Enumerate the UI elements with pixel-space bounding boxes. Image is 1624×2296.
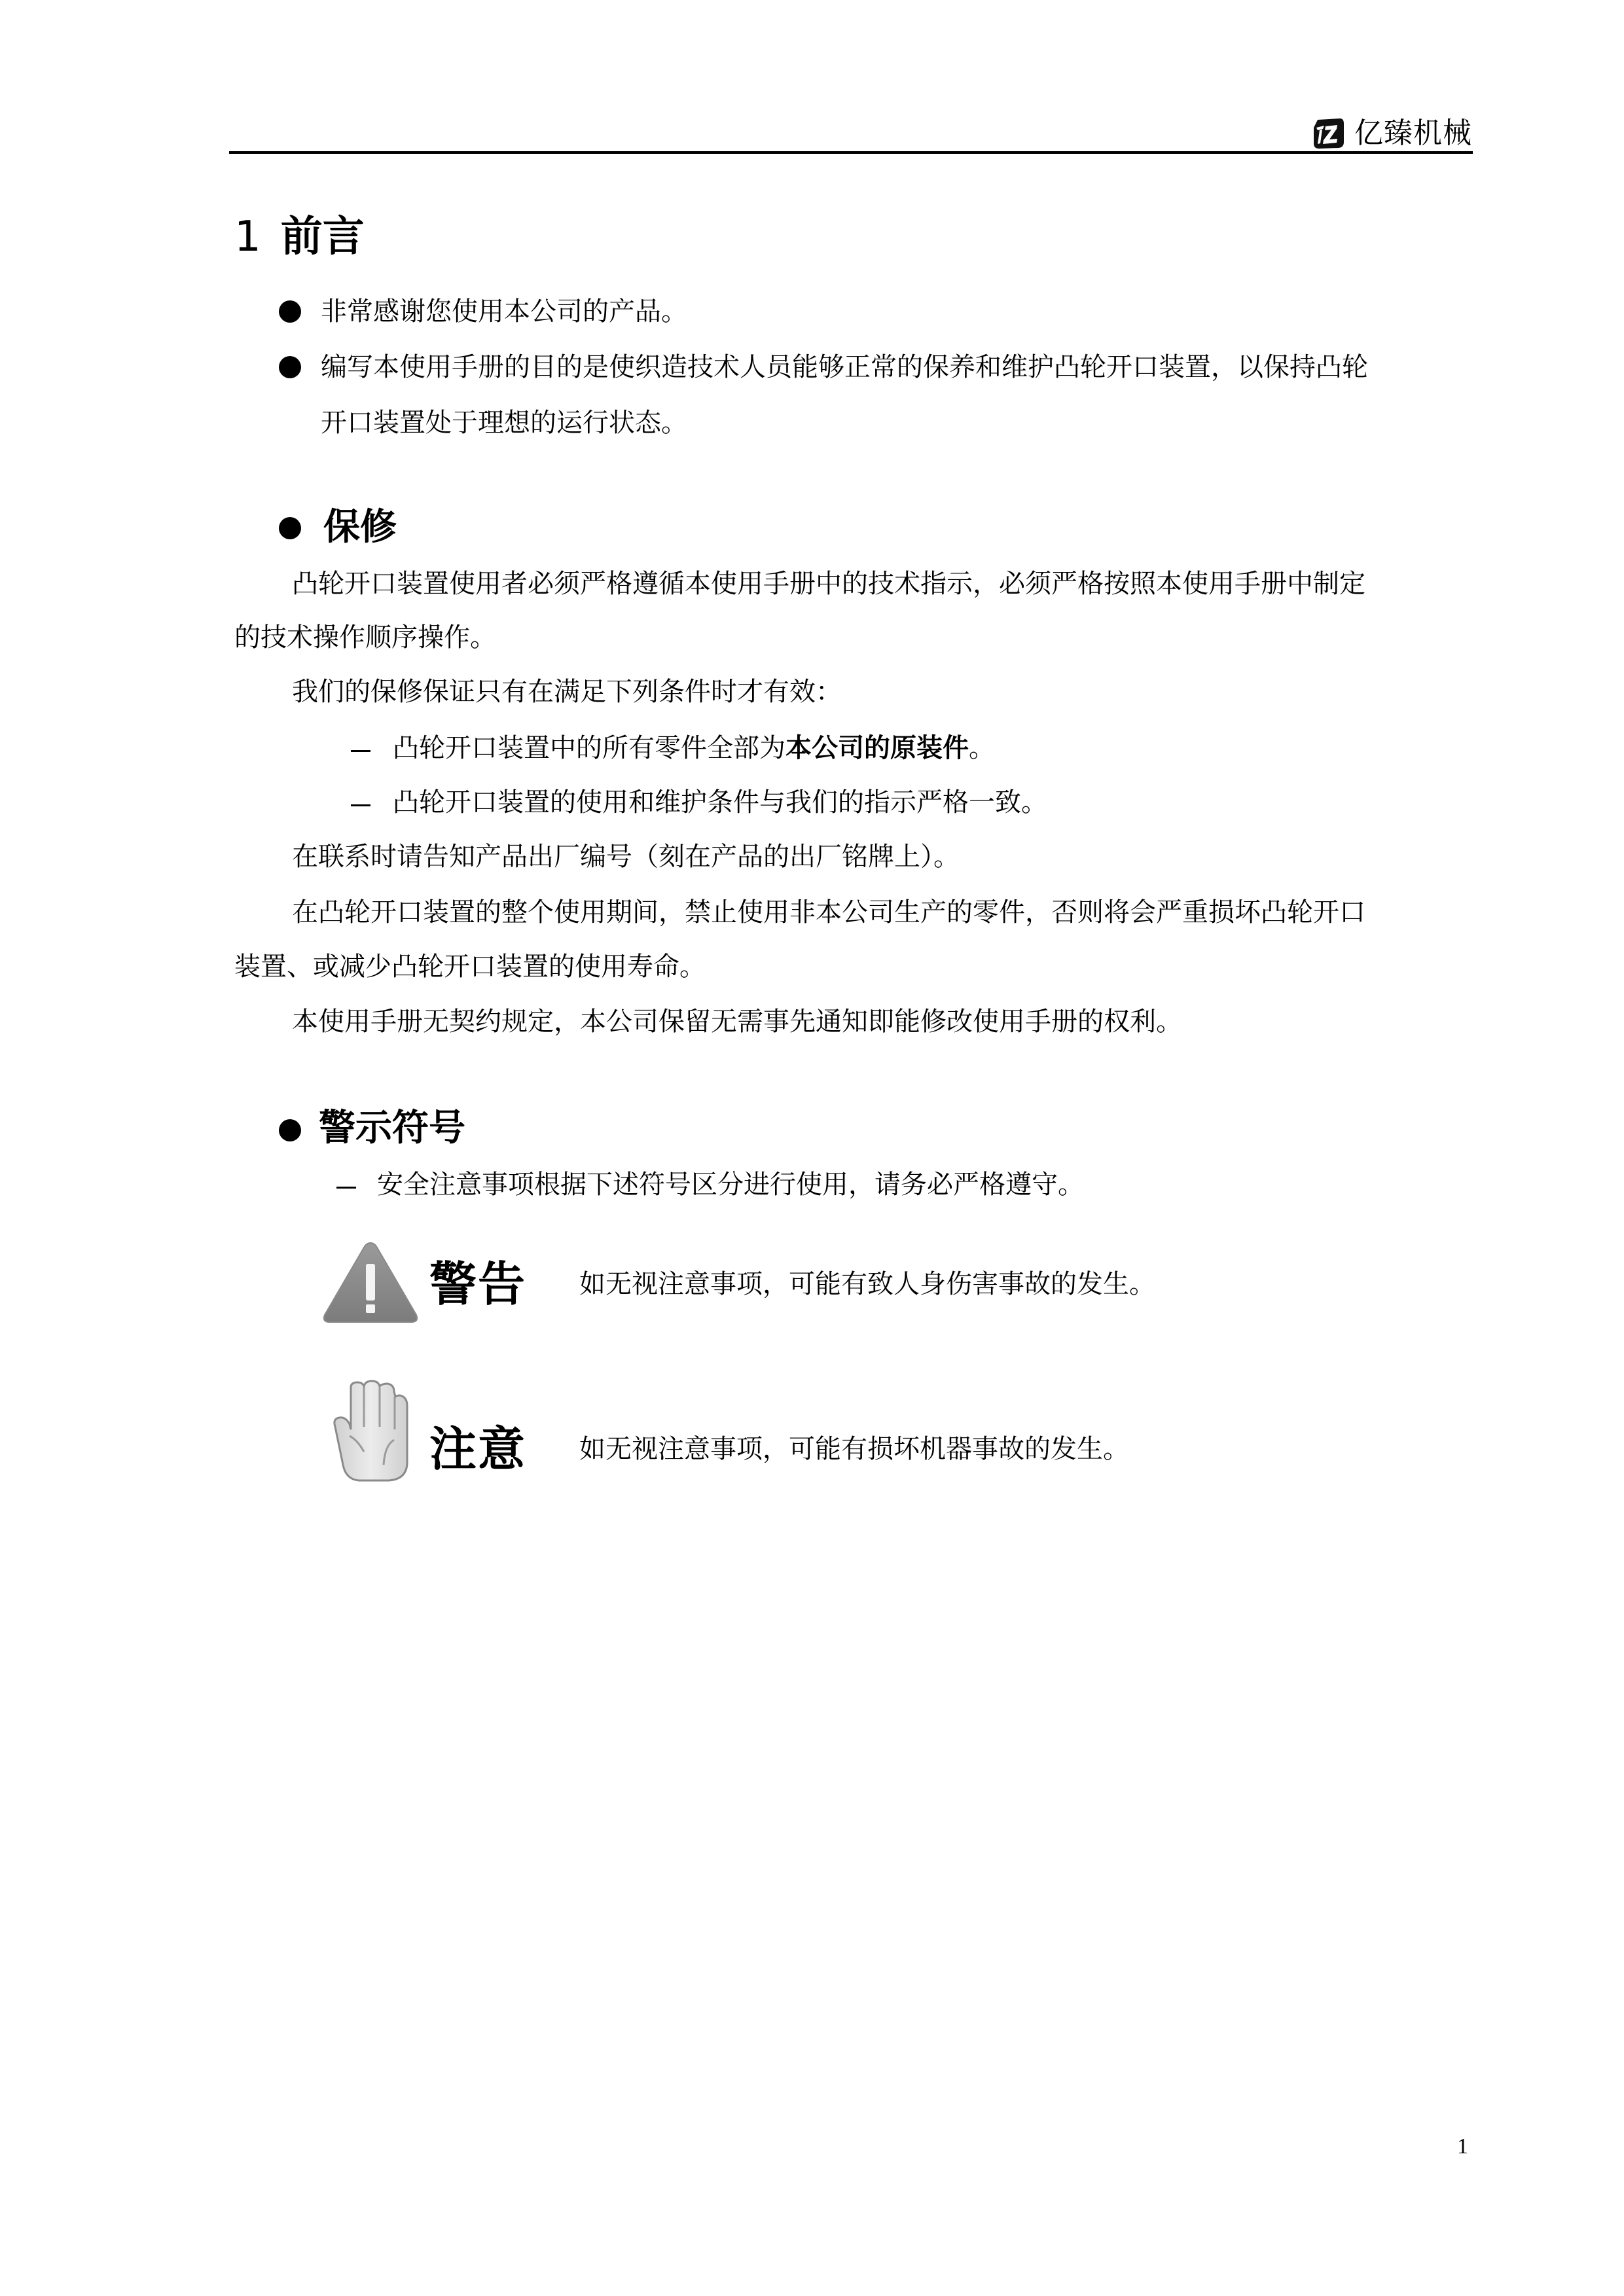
section-title-warranty: 保修: [323, 507, 397, 548]
intro-bullet-2: 编写本使用手册的目的是使织造技术人员能够正常的保养和维护凸轮开口装置，以保持凸轮: [321, 351, 1368, 383]
warranty-para-4-line-1: 在凸轮开口装置的整个使用期间，禁止使用非本公司生产的零件，否则将会严重损坏凸轮开…: [292, 897, 1365, 928]
section-bullet-icon: [279, 1119, 301, 1141]
dash-icon: [336, 1187, 356, 1189]
warranty-condition-2: 凸轮开口装置的使用和维护条件与我们的指示严格一致。: [393, 787, 1047, 818]
company-logo-icon: [1311, 117, 1345, 150]
intro-bullet-1: 非常感谢您使用本公司的产品。: [321, 296, 687, 327]
chapter-title: 1 前言: [234, 211, 365, 263]
intro-bullet-2-continued: 开口装置处于理想的运行状态。: [321, 407, 687, 439]
chapter-number: 1: [234, 211, 261, 263]
bullet-icon: [279, 356, 301, 378]
dash-icon: [351, 804, 370, 806]
warranty-para-3: 在联系时请告知产品出厂编号（刻在产品的出厂铭牌上）。: [292, 841, 960, 872]
header-rule: [229, 151, 1473, 154]
condition-1-text: 凸轮开口装置中的所有零件全部为: [393, 733, 785, 763]
chapter-heading: 前言: [281, 211, 365, 263]
section-title-symbols: 警示符号: [319, 1107, 465, 1149]
caution-description: 如无视注意事项，可能有损坏机器事故的发生。: [579, 1433, 1129, 1465]
dash-icon: [351, 750, 370, 752]
signal-word-caution: 注意: [429, 1423, 526, 1475]
warranty-condition-1: 凸轮开口装置中的所有零件全部为本公司的原装件。: [393, 732, 995, 764]
symbols-intro: 安全注意事项根据下述符号区分进行使用，请务必严格遵守。: [377, 1169, 1084, 1200]
warranty-para-1-line-1: 凸轮开口装置使用者必须严格遵循本使用手册中的技术指示，必须严格按照本使用手册中制…: [292, 568, 1365, 600]
warranty-para-1-line-2: 的技术操作顺序操作。: [234, 622, 496, 653]
stop-hand-icon: [331, 1380, 412, 1483]
section-bullet-icon: [279, 517, 301, 539]
signal-word-warning: 警告: [429, 1258, 526, 1310]
page-number: 1: [1457, 2135, 1468, 2159]
warranty-para-2: 我们的保修保证只有在满足下列条件时才有效：: [292, 676, 842, 708]
bullet-icon: [279, 300, 301, 323]
warning-triangle-icon: [321, 1239, 420, 1325]
brand-name: 亿臻机械: [1354, 117, 1472, 150]
warning-description: 如无视注意事项，可能有致人身伤害事故的发生。: [579, 1268, 1155, 1300]
warranty-para-5: 本使用手册无契约规定，本公司保留无需事先通知即能修改使用手册的权利。: [292, 1006, 1182, 1037]
warranty-para-4-line-2: 装置、或减少凸轮开口装置的使用寿命。: [234, 951, 706, 982]
condition-1-emphasis: 本公司的原装件: [785, 733, 969, 763]
header-brand: 亿臻机械: [1311, 115, 1472, 152]
condition-1-end: 。: [969, 733, 995, 763]
